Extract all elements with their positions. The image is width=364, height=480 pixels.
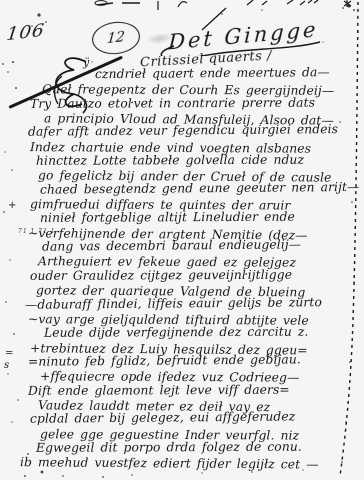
manuscript-scan: 106 12 Det Gingge Critissiel quaerts / ÿ… bbox=[0, 0, 364, 480]
manuscript-line: Try Dautzo etoŀvet in contrarie prerre d… bbox=[0, 95, 364, 111]
manuscript-line: =ninuto feb fglidz, befruidt ende gebija… bbox=[0, 352, 364, 370]
binding-edge-dashes bbox=[332, 0, 364, 480]
page-number: 106 bbox=[5, 20, 46, 45]
manuscript-line: ouder Graulidez cijtgez geuveijnŀijtligg… bbox=[0, 267, 364, 283]
manuscript-text-block: czndrieł quaert ende meertues da— Queł f… bbox=[0, 68, 364, 470]
manuscript-line: dafer afft andez veur fegendicu quirgiei… bbox=[0, 122, 364, 140]
margin-equals-mark: = bbox=[5, 348, 13, 359]
manuscript-line: Leude dijde verfegijnende dez carcitu z. bbox=[0, 325, 364, 341]
margin-s-mark: s bbox=[4, 360, 9, 371]
manuscript-line: —daburaff flindei, liffeis eauir gelijs … bbox=[0, 294, 364, 312]
manuscript-line: ninieł fortgeblige altijt Lineludier end… bbox=[0, 210, 364, 226]
manuscript-line: ib meehud vuestfez ediert fijder legijłz… bbox=[0, 455, 364, 472]
manuscript-line: cpldal daer bij gelegez, eui affgeferude… bbox=[0, 409, 364, 427]
manuscript-line: Dift ende glaemont lejt leve viff daers= bbox=[0, 382, 364, 398]
margin-plus-mark: + bbox=[8, 200, 16, 211]
manuscript-line: czndrieł quaert ende meertues da— bbox=[0, 65, 364, 83]
manuscript-line: hincttez Lotte tabbełe golvella cide ndu… bbox=[0, 152, 364, 168]
manuscript-line: dang vas decembri baraul endieugelij— bbox=[0, 237, 364, 255]
folio-number: 12 bbox=[106, 29, 125, 47]
manuscript-line: chaed besegtendz gend eune geeuter nen a… bbox=[0, 180, 364, 198]
manuscript-line: Egwegeil dit porpo drda folgez de conu. bbox=[0, 439, 364, 455]
margin-scribble: 71 1 71 1 bbox=[18, 228, 56, 235]
folio-circle: 12 bbox=[90, 19, 142, 57]
